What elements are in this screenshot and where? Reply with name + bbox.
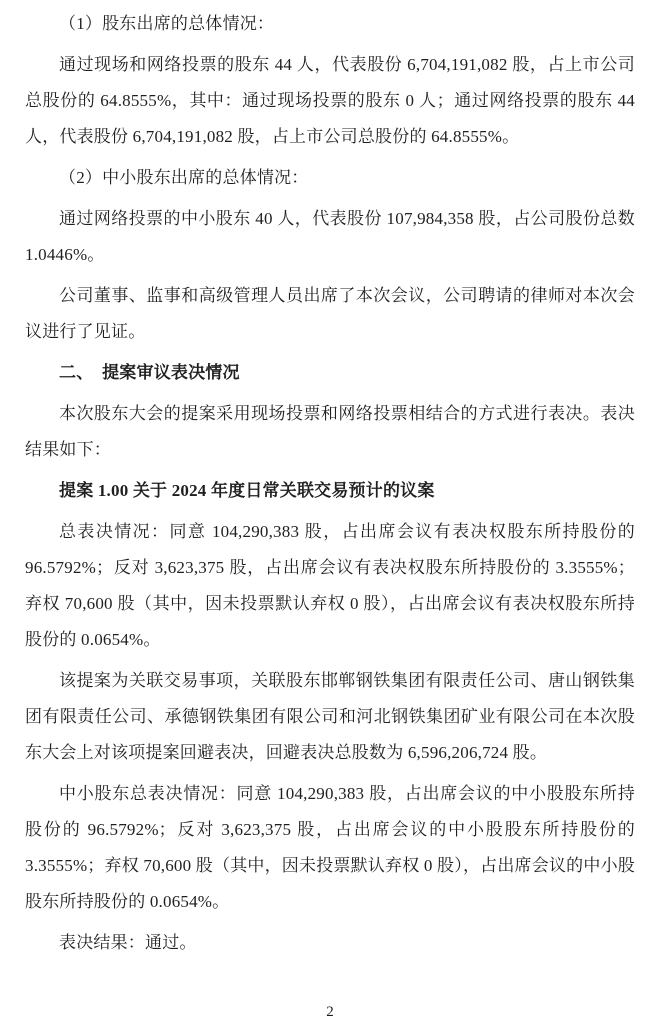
section-heading-voting: 二、 提案审议表决情况 [25, 355, 635, 391]
paragraph-voting-conclusion: 表决结果：通过。 [25, 925, 635, 961]
page-number: 2 [0, 1003, 660, 1021]
paragraph-voting-method: 本次股东大会的提案采用现场投票和网络投票相结合的方式进行表决。表决结果如下： [25, 396, 635, 468]
paragraph-total-voting-result: 总表决情况：同意 104,290,383 股，占出席会议有表决权股东所持股份的 … [25, 514, 635, 658]
proposal-heading: 提案 1.00 关于 2024 年度日常关联交易预计的议案 [25, 473, 635, 509]
paragraph-minority-voting-result: 中小股东总表决情况：同意 104,290,383 股，占出席会议的中小股股东所持… [25, 776, 635, 920]
paragraph-minority-attendance: 通过网络投票的中小股东 40 人，代表股份 107,984,358 股，占公司股… [25, 201, 635, 273]
paragraph-shareholder-attendance: 通过现场和网络投票的股东 44 人，代表股份 6,704,191,082 股，占… [25, 47, 635, 155]
subsection-heading-2: （2）中小股东出席的总体情况： [25, 160, 635, 196]
subsection-heading-1: （1）股东出席的总体情况： [25, 6, 635, 42]
document-page: （1）股东出席的总体情况： 通过现场和网络投票的股东 44 人，代表股份 6,7… [0, 0, 660, 1029]
paragraph-related-party-abstain: 该提案为关联交易事项，关联股东邯郸钢铁集团有限责任公司、唐山钢铁集团有限责任公司… [25, 663, 635, 771]
paragraph-witness: 公司董事、监事和高级管理人员出席了本次会议，公司聘请的律师对本次会议进行了见证。 [25, 278, 635, 350]
document-body: （1）股东出席的总体情况： 通过现场和网络投票的股东 44 人，代表股份 6,7… [25, 6, 635, 961]
